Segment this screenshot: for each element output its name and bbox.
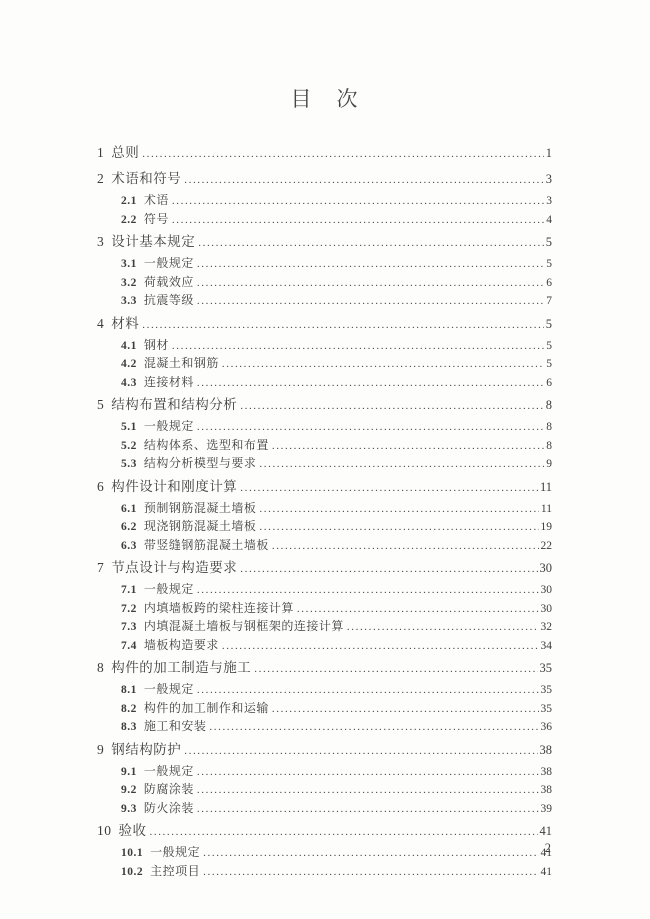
toc-entry-number: 5 xyxy=(97,396,104,414)
folio-page-number: 2 xyxy=(545,841,551,856)
toc-entry-number: 7.1 xyxy=(121,582,137,600)
toc-entry-number: 3.3 xyxy=(121,293,137,311)
toc-entry-page: 8 xyxy=(546,438,552,456)
toc-dot-leader xyxy=(240,559,537,578)
toc-entry-number: 2.2 xyxy=(121,212,137,230)
toc-entry-title: 施工和安装 xyxy=(144,718,207,736)
toc-entry-number: 7.2 xyxy=(121,601,137,619)
toc-entry-page: 6 xyxy=(546,375,552,393)
toc-entry-title: 符号 xyxy=(144,211,169,229)
toc-list: 1 总则 1 2 术语和符号 3 2.1 术语 3 2.2 符号 4 3 设计基… xyxy=(97,140,552,881)
toc-entry: 5 结构布置和结构分析 8 xyxy=(97,392,552,418)
toc-dot-leader xyxy=(197,800,539,819)
toc-dot-leader xyxy=(197,374,544,393)
toc-entry: 6 构件设计和刚度计算 11 xyxy=(97,474,552,500)
toc-entry-page: 35 xyxy=(540,659,553,677)
toc-dot-leader xyxy=(184,170,544,189)
toc-entry-title: 材料 xyxy=(111,315,139,333)
toc-entry-number: 7.3 xyxy=(121,619,137,637)
toc-entry-title: 术语和符号 xyxy=(111,170,181,188)
toc-entry-page: 22 xyxy=(541,538,553,556)
toc-dot-leader xyxy=(259,455,544,474)
toc-entry-number: 9 xyxy=(97,741,104,759)
toc-entry-page: 3 xyxy=(546,170,552,188)
toc-entry-page: 41 xyxy=(541,864,553,882)
toc-entry-title: 一般规定 xyxy=(144,681,194,699)
page-title: 目 次 xyxy=(0,83,650,113)
toc-entry-number: 6.1 xyxy=(121,501,137,519)
toc-entry: 10 验收 41 xyxy=(97,818,552,844)
toc-dot-leader xyxy=(203,863,538,882)
toc-entry-page: 5 xyxy=(546,256,552,274)
toc-entry: 8.2 构件的加工制作和运输 35 xyxy=(97,700,552,719)
toc-entry: 4.1 钢材 5 xyxy=(97,337,552,356)
toc-entry-page: 35 xyxy=(541,701,553,719)
toc-entry: 8.1 一般规定 35 xyxy=(97,681,552,700)
toc-entry-title: 构件设计和刚度计算 xyxy=(111,478,237,496)
toc-entry-number: 1 xyxy=(97,144,104,162)
toc-entry: 3.2 荷载效应 6 xyxy=(97,274,552,293)
toc-dot-leader xyxy=(347,618,539,637)
toc-entry-page: 41 xyxy=(540,822,553,840)
toc-entry: 7.3 内填混凝土墙板与钢框架的连接计算 32 xyxy=(97,618,552,637)
toc-entry-page: 5 xyxy=(546,338,552,356)
toc-entry-number: 10 xyxy=(97,822,112,840)
toc-entry-title: 内填混凝土墙板与钢框架的连接计算 xyxy=(144,618,344,636)
toc-entry-title: 结构分析模型与要求 xyxy=(144,455,257,473)
toc-entry: 10.1 一般规定 41 xyxy=(97,844,552,863)
toc-dot-leader xyxy=(184,741,537,760)
toc-entry-page: 8 xyxy=(546,396,552,414)
toc-dot-leader xyxy=(198,233,544,252)
toc-entry: 6.2 现浇钢筋混凝土墙板 19 xyxy=(97,518,552,537)
toc-entry-title: 带竖缝钢筋混凝土墙板 xyxy=(144,537,269,555)
toc-entry-number: 6.3 xyxy=(121,538,137,556)
toc-entry: 7.2 内填墙板跨的梁柱连接计算 30 xyxy=(97,600,552,619)
toc-entry-number: 2.1 xyxy=(121,193,137,211)
toc-entry-page: 4 xyxy=(546,212,552,230)
toc-entry-title: 连接材料 xyxy=(144,374,194,392)
toc-entry-page: 5 xyxy=(546,356,552,374)
toc-entry-title: 节点设计与构造要求 xyxy=(111,559,237,577)
toc-dot-leader xyxy=(197,681,539,700)
toc-entry-title: 现浇钢筋混凝土墙板 xyxy=(144,518,257,536)
toc-dot-leader xyxy=(150,822,538,841)
toc-entry: 4.2 混凝土和钢筋 5 xyxy=(97,355,552,374)
toc-entry-page: 38 xyxy=(540,741,553,759)
toc-entry-page: 11 xyxy=(541,501,552,519)
toc-entry-number: 4.1 xyxy=(121,338,137,356)
toc-entry-page: 1 xyxy=(546,144,552,162)
toc-entry-number: 6.2 xyxy=(121,519,137,537)
toc-entry-title: 钢材 xyxy=(144,337,169,355)
toc-dot-leader xyxy=(240,478,538,497)
toc-dot-leader xyxy=(197,781,539,800)
toc-entry-title: 一般规定 xyxy=(144,763,194,781)
toc-entry-page: 8 xyxy=(546,419,552,437)
toc-entry: 2 术语和符号 3 xyxy=(97,166,552,192)
toc-entry: 7 节点设计与构造要求 30 xyxy=(97,555,552,581)
toc-entry: 5.1 一般规定 8 xyxy=(97,418,552,437)
toc-dot-leader xyxy=(172,211,544,230)
toc-entry-page: 7 xyxy=(546,293,552,311)
toc-entry: 3.1 一般规定 5 xyxy=(97,255,552,274)
document-page: 目 次 1 总则 1 2 术语和符号 3 2.1 术语 3 2.2 符号 4 3… xyxy=(0,0,650,919)
toc-dot-leader xyxy=(297,600,539,619)
toc-entry-title: 构件的加工制造与施工 xyxy=(111,659,251,677)
toc-dot-leader xyxy=(209,718,538,737)
toc-entry: 4 材料 5 xyxy=(97,311,552,337)
toc-entry-number: 5.1 xyxy=(121,419,137,437)
toc-entry-number: 10.2 xyxy=(121,864,143,882)
toc-entry: 4.3 连接材料 6 xyxy=(97,374,552,393)
toc-entry-number: 10.1 xyxy=(121,845,143,863)
toc-entry-page: 39 xyxy=(541,801,553,819)
toc-entry-title: 内填墙板跨的梁柱连接计算 xyxy=(144,600,294,618)
toc-entry-title: 抗震等级 xyxy=(144,292,194,310)
toc-entry-page: 19 xyxy=(541,519,553,537)
toc-entry-title: 设计基本规定 xyxy=(111,233,195,251)
toc-entry-number: 4 xyxy=(97,315,104,333)
toc-entry-page: 30 xyxy=(541,601,553,619)
toc-entry-page: 35 xyxy=(541,682,553,700)
toc-dot-leader xyxy=(197,292,544,311)
toc-entry: 1 总则 1 xyxy=(97,140,552,166)
toc-dot-leader xyxy=(259,500,539,519)
toc-entry-number: 8 xyxy=(97,659,104,677)
toc-entry-page: 36 xyxy=(541,719,553,737)
toc-entry-number: 5.2 xyxy=(121,438,137,456)
toc-entry: 10.2 主控项目 41 xyxy=(97,863,552,882)
toc-entry-number: 6 xyxy=(97,478,104,496)
toc-entry-page: 38 xyxy=(541,782,553,800)
toc-entry-page: 9 xyxy=(546,456,552,474)
toc-dot-leader xyxy=(197,418,544,437)
toc-entry: 5.3 结构分析模型与要求 9 xyxy=(97,455,552,474)
toc-entry-title: 一般规定 xyxy=(150,844,200,862)
toc-entry-title: 墙板构造要求 xyxy=(144,637,219,655)
toc-entry-page: 38 xyxy=(541,764,553,782)
toc-entry-number: 2 xyxy=(97,170,104,188)
toc-entry-number: 8.2 xyxy=(121,701,137,719)
toc-entry-page: 11 xyxy=(540,478,552,496)
toc-entry: 3.3 抗震等级 7 xyxy=(97,292,552,311)
toc-entry-number: 9.1 xyxy=(121,764,137,782)
toc-dot-leader xyxy=(197,763,539,782)
toc-entry: 9.2 防腐涂装 38 xyxy=(97,781,552,800)
toc-entry-title: 术语 xyxy=(144,192,169,210)
toc-entry-page: 3 xyxy=(546,193,552,211)
toc-dot-leader xyxy=(142,315,544,334)
toc-entry: 5.2 结构体系、选型和布置 8 xyxy=(97,437,552,456)
toc-entry-title: 主控项目 xyxy=(150,863,200,881)
toc-entry-page: 5 xyxy=(546,315,552,333)
toc-entry: 3 设计基本规定 5 xyxy=(97,229,552,255)
toc-entry: 6.3 带竖缝钢筋混凝土墙板 22 xyxy=(97,537,552,556)
toc-entry: 9.3 防火涂装 39 xyxy=(97,800,552,819)
toc-dot-leader xyxy=(272,537,539,556)
toc-dot-leader xyxy=(240,396,544,415)
toc-dot-leader xyxy=(203,844,538,863)
toc-entry-page: 34 xyxy=(541,638,553,656)
toc-entry-page: 32 xyxy=(541,619,553,637)
toc-dot-leader xyxy=(272,437,544,456)
toc-entry: 6.1 预制钢筋混凝土墙板 11 xyxy=(97,500,552,519)
toc-dot-leader xyxy=(272,700,539,719)
toc-entry-page: 30 xyxy=(541,582,553,600)
toc-entry-number: 3.1 xyxy=(121,256,137,274)
toc-dot-leader xyxy=(222,355,544,374)
toc-entry-title: 预制钢筋混凝土墙板 xyxy=(144,500,257,518)
toc-dot-leader xyxy=(142,144,544,163)
toc-entry-number: 3.2 xyxy=(121,275,137,293)
toc-entry-number: 7 xyxy=(97,559,104,577)
toc-entry-title: 验收 xyxy=(119,822,147,840)
toc-entry-number: 5.3 xyxy=(121,456,137,474)
toc-entry: 2.1 术语 3 xyxy=(97,192,552,211)
toc-entry: 9 钢结构防护 38 xyxy=(97,737,552,763)
toc-entry-title: 一般规定 xyxy=(144,418,194,436)
toc-dot-leader xyxy=(254,659,537,678)
toc-entry-page: 6 xyxy=(546,275,552,293)
toc-entry-title: 防腐涂装 xyxy=(144,781,194,799)
toc-entry-title: 总则 xyxy=(111,144,139,162)
toc-entry-title: 荷载效应 xyxy=(144,274,194,292)
toc-entry-title: 防火涂装 xyxy=(144,800,194,818)
toc-dot-leader xyxy=(197,274,544,293)
toc-entry-number: 4.3 xyxy=(121,375,137,393)
toc-dot-leader xyxy=(197,255,544,274)
toc-entry-title: 一般规定 xyxy=(144,581,194,599)
toc-entry-number: 8.3 xyxy=(121,719,137,737)
toc-entry-page: 30 xyxy=(540,559,553,577)
toc-entry-number: 8.1 xyxy=(121,682,137,700)
toc-entry-title: 结构布置和结构分析 xyxy=(111,396,237,414)
toc-entry-title: 混凝土和钢筋 xyxy=(144,355,219,373)
toc-entry-number: 7.4 xyxy=(121,638,137,656)
toc-entry: 2.2 符号 4 xyxy=(97,211,552,230)
toc-dot-leader xyxy=(172,192,544,211)
toc-entry-title: 结构体系、选型和布置 xyxy=(144,437,269,455)
toc-entry-page: 5 xyxy=(546,233,552,251)
toc-entry-title: 钢结构防护 xyxy=(111,741,181,759)
toc-entry-number: 3 xyxy=(97,233,104,251)
toc-entry-title: 一般规定 xyxy=(144,255,194,273)
toc-entry: 8 构件的加工制造与施工 35 xyxy=(97,655,552,681)
toc-entry-number: 9.2 xyxy=(121,782,137,800)
toc-dot-leader xyxy=(222,637,539,656)
toc-entry: 8.3 施工和安装 36 xyxy=(97,718,552,737)
toc-dot-leader xyxy=(197,581,539,600)
toc-dot-leader xyxy=(259,518,538,537)
toc-entry-number: 9.3 xyxy=(121,801,137,819)
toc-entry: 9.1 一般规定 38 xyxy=(97,763,552,782)
toc-entry-title: 构件的加工制作和运输 xyxy=(144,700,269,718)
toc-entry: 7.4 墙板构造要求 34 xyxy=(97,637,552,656)
toc-dot-leader xyxy=(172,337,544,356)
toc-entry: 7.1 一般规定 30 xyxy=(97,581,552,600)
toc-entry-number: 4.2 xyxy=(121,356,137,374)
